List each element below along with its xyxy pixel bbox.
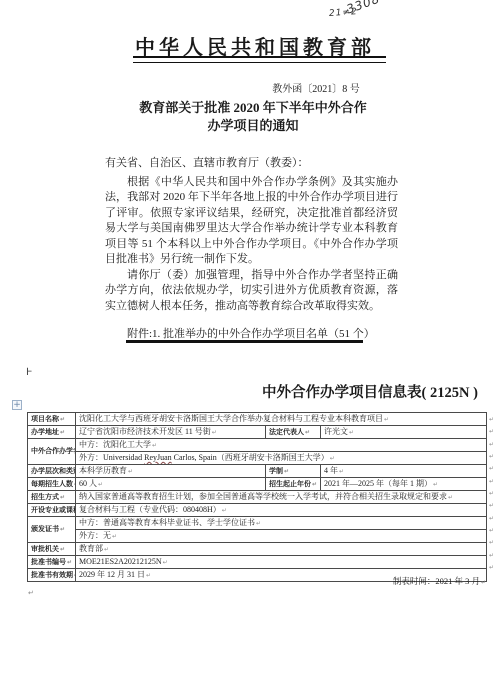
row-recruitment: 招生方式↵ 纳入国家普通高等教育招生计划，参加全国普通高等学校统一入学考试，并符… <box>28 491 487 504</box>
end-of-cell-mark: ↵ <box>330 455 335 462</box>
project-name-label: 项目名称↵ <box>28 413 76 426</box>
end-of-cell-mark: ↵ <box>152 442 157 449</box>
end-of-cell-mark: ↵ <box>384 416 389 423</box>
validity-label: 批准书有效期↵ <box>28 569 76 582</box>
row-enrollment: 每期招生人数↵ 60 人↵ 招生起止年份↵ 2021 年—2025 年（每年 1… <box>28 478 487 491</box>
end-of-row-mark: ↵ <box>489 463 497 475</box>
row-level: 办学层次和类别↵ 本科学历教育↵ 学制↵ 4 年↵ <box>28 465 487 478</box>
end-of-cell-mark: ↵ <box>60 526 65 533</box>
end-of-row-mark: ↵ <box>489 562 497 574</box>
end-of-row-mark: ↵ <box>489 537 497 549</box>
end-of-row-mark: ↵ <box>489 488 497 500</box>
certificates-label: 颁发证书↵ <box>28 517 76 543</box>
duration-label: 学制↵ <box>266 465 321 478</box>
recruitment-label: 招生方式↵ <box>28 491 76 504</box>
notice-title-line2: 办学项目的通知 <box>100 117 406 135</box>
row-majors: 开设专业或课程↵ 复合材料与工程（专业代码：080408H）↵ <box>28 504 487 517</box>
end-of-row-mark: ↵ <box>489 500 497 512</box>
end-of-cell-mark: ↵ <box>146 572 151 579</box>
address-label: 办学地址↵ <box>28 426 76 439</box>
approval-number-label: 批准书编号↵ <box>28 556 76 569</box>
level-value[interactable]: 本科学历教育↵ <box>76 465 266 478</box>
end-of-row-mark: ↵ <box>489 476 497 488</box>
salutation: 有关省、自治区、直辖市教育厅（教委）： <box>105 156 398 172</box>
row-approval-number: 批准书编号↵ MOE21ES2A20212125N↵ <box>28 556 487 569</box>
project-info-table: 项目名称↵ 沈阳化工大学与西班牙胡安卡洛斯国王大学合作举办复合材料与工程专业本科… <box>27 412 487 582</box>
partners-foreign-suffix: Carlos, Spain（西班牙胡安卡洛斯国王大学） <box>172 453 329 462</box>
legal-rep-value[interactable]: 许光文↵ <box>321 426 487 439</box>
paragraph-approval: 根据《中华人民共和国中外合作办学条例》及其实施办法，我部对 2020 年下半年各… <box>105 175 398 268</box>
letterhead-divider <box>133 56 386 63</box>
table-move-handle-icon[interactable]: + <box>12 400 22 410</box>
end-of-cell-mark: ↵ <box>256 520 261 527</box>
end-of-cell-mark: ↵ <box>339 468 344 475</box>
row-approval-authority: 审批机关↵ 教育部↵ <box>28 543 487 556</box>
row-project-name: 项目名称↵ 沈阳化工大学与西班牙胡安卡洛斯国王大学合作举办复合材料与工程专业本科… <box>28 413 487 426</box>
handwritten-note: 21≠2 <box>329 7 358 19</box>
end-of-row-mark: ↵ <box>489 426 497 438</box>
stray-paragraph-mark: ↵ <box>28 589 34 597</box>
enrollment-value[interactable]: 60 人↵ <box>76 478 266 491</box>
row-partners-foreign: 外方：Universidad ReyJuan Carlos, Spain（西班牙… <box>28 452 487 465</box>
end-of-cell-mark: ↵ <box>312 481 317 488</box>
years-value[interactable]: 2021 年—2025 年（每年 1 期）↵ <box>321 478 487 491</box>
end-of-row-mark: ↵ <box>489 414 497 426</box>
end-of-row-mark: ↵ <box>489 550 497 562</box>
majors-value[interactable]: 复合材料与工程（专业代码：080408H）↵ <box>76 504 487 517</box>
end-of-cell-mark: ↵ <box>112 533 117 540</box>
end-of-cell-mark: ↵ <box>222 507 227 514</box>
end-of-cell-mark: ↵ <box>60 494 65 501</box>
end-of-cell-mark: ↵ <box>448 494 453 501</box>
certificates-foreign-value[interactable]: 外方：无↵ <box>76 530 487 543</box>
row-address: 办学地址↵ 辽宁省沈阳市经济技术开发区 11 号街↵ 法定代表人↵ 许光文↵ <box>28 426 487 439</box>
end-of-cell-mark: ↵ <box>284 468 289 475</box>
end-of-cell-mark: ↵ <box>60 429 65 436</box>
approval-authority-value[interactable]: 教育部↵ <box>76 543 487 556</box>
project-name-value[interactable]: 沈阳化工大学与西班牙胡安卡洛斯国王大学合作举办复合材料与工程专业本科教育项目↵ <box>76 413 487 426</box>
end-of-cell-mark: ↵ <box>104 546 109 553</box>
end-of-row-mark: ↵ <box>489 451 497 463</box>
end-of-cell-mark: ↵ <box>98 481 103 488</box>
end-of-row-mark: ↵ <box>489 439 497 451</box>
approval-authority-label: 审批机关↵ <box>28 543 76 556</box>
level-label: 办学层次和类别↵ <box>28 465 76 478</box>
partners-label: 中外合作办学者↵ <box>28 439 76 465</box>
legal-rep-label: 法定代表人↵ <box>266 426 321 439</box>
row-certificates-cn: 颁发证书↵ 中方：普通高等教育本科毕业证书、学士学位证书↵ <box>28 517 487 530</box>
document-footer-divider <box>126 340 363 343</box>
table-footer-date: 制表时间：2021 年 3 月↵ <box>186 575 486 587</box>
partners-foreign-prefix: 外方：Universidad <box>79 453 144 462</box>
document-page: 3308 21≠2 中华人民共和国教育部 教外函〔2021〕8 号 教育部关于批… <box>0 0 500 680</box>
address-value[interactable]: 辽宁省沈阳市经济技术开发区 11 号街↵ <box>76 426 266 439</box>
end-of-cell-mark: ↵ <box>163 559 168 566</box>
spellcheck-squiggle-text: ReyJuan <box>144 453 172 462</box>
notice-title: 教育部关于批准 2020 年下半年中外合作 办学项目的通知 <box>100 99 406 135</box>
end-of-cell-mark: ↵ <box>67 559 72 566</box>
end-of-cell-mark: ↵ <box>433 481 438 488</box>
end-of-cell-mark: ↵ <box>212 429 217 436</box>
enrollment-label: 每期招生人数↵ <box>28 478 76 491</box>
document-number: 教外函〔2021〕8 号 <box>251 80 381 95</box>
years-label: 招生起止年份↵ <box>266 478 321 491</box>
end-of-row-mark: ↵ <box>489 525 497 537</box>
duration-value[interactable]: 4 年↵ <box>321 465 487 478</box>
recruitment-value[interactable]: 纳入国家普通高等教育招生计划，参加全国普通高等学校统一入学考试，并符合相关招生录… <box>76 491 487 504</box>
margin-cursor-mark: Ͱ <box>26 367 33 378</box>
end-of-cell-mark: ↵ <box>128 468 133 475</box>
partners-cn-value[interactable]: 中方：沈阳化工大学↵ <box>76 439 487 452</box>
paragraph-instruction: 请你厅（委）加强管理，指导中外合作办学者坚持正确办学方向，依法依规办学，切实引进… <box>105 268 398 315</box>
end-of-cell-mark: ↵ <box>60 416 65 423</box>
info-table-title: 中外合作办学项目信息表( 2125N ) <box>250 381 490 402</box>
end-of-cell-mark: ↵ <box>60 546 65 553</box>
end-of-cell-mark: ↵ <box>349 429 354 436</box>
end-of-cell-mark: ↵ <box>305 429 310 436</box>
row-partners-cn: 中外合作办学者↵ 中方：沈阳化工大学↵ <box>28 439 487 452</box>
approval-number-value[interactable]: MOE21ES2A20212125N↵ <box>76 556 487 569</box>
document-body: 有关省、自治区、直辖市教育厅（教委）： 根据《中华人民共和国中外合作办学条例》及… <box>105 156 398 343</box>
partners-foreign-value[interactable]: 外方：Universidad ReyJuan Carlos, Spain（西班牙… <box>76 452 487 465</box>
row-certificates-foreign: 外方：无↵ <box>28 530 487 543</box>
end-of-row-marks: ↵↵↵↵↵↵↵↵↵↵↵↵↵ <box>489 414 497 574</box>
certificates-cn-value[interactable]: 中方：普通高等教育本科毕业证书、学士学位证书↵ <box>76 517 487 530</box>
majors-label: 开设专业或课程↵ <box>28 504 76 517</box>
notice-title-line1: 教育部关于批准 2020 年下半年中外合作 <box>100 99 406 117</box>
end-of-cell-mark: ↵ <box>481 579 486 586</box>
end-of-row-mark: ↵ <box>489 513 497 525</box>
